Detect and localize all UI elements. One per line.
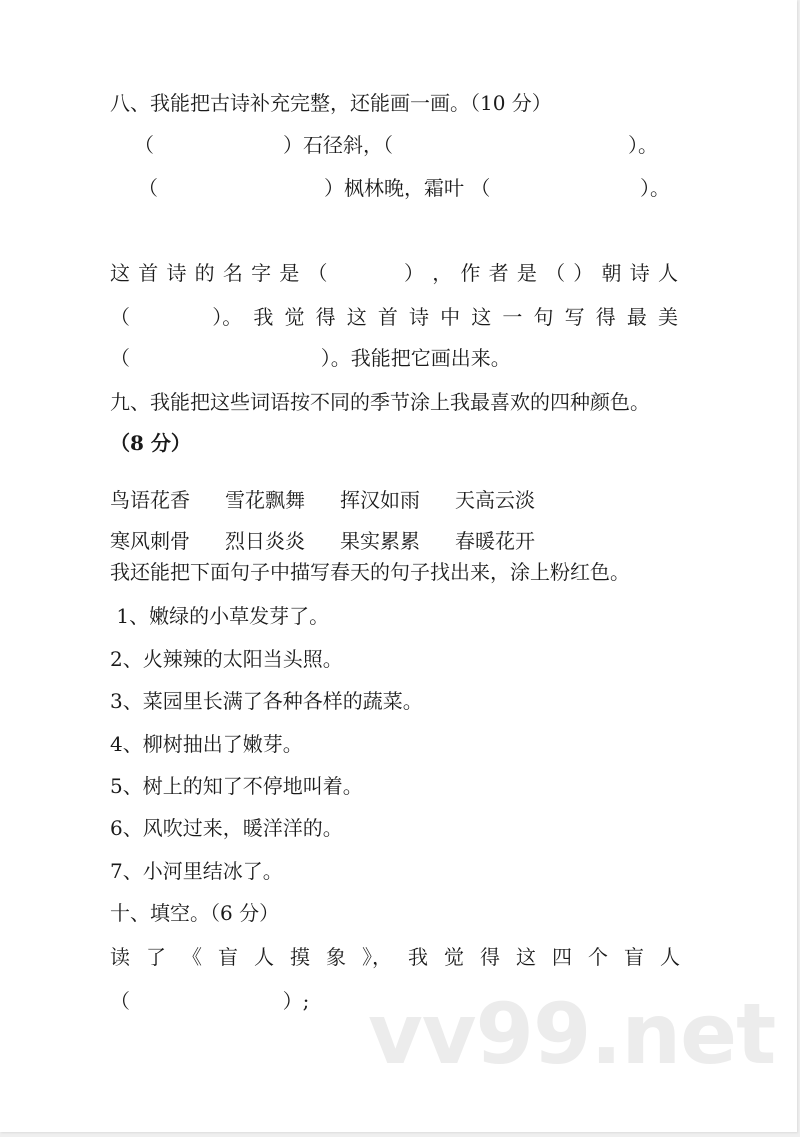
char: 个 [588, 945, 608, 969]
word: 雪花飘舞 [225, 488, 305, 512]
char: 者 [489, 261, 509, 285]
char: 得 [480, 945, 500, 969]
char: （ [110, 305, 130, 329]
sentence-item: 3、菜园里长满了各种各样的蔬菜。 [110, 689, 423, 713]
char: 象 [326, 945, 346, 969]
char: 句 [534, 305, 554, 329]
char: 盲 [624, 945, 644, 969]
char: 人 [658, 261, 678, 285]
char: 朝 [602, 261, 622, 285]
char: 觉 [444, 945, 464, 969]
char: 摸 [290, 945, 310, 969]
sentence-item: 6、风吹过来，暖洋洋的。 [110, 816, 343, 840]
char: 读 [110, 945, 130, 969]
word: 果实累累 [340, 529, 420, 553]
word: 烈日炎炎 [225, 529, 305, 553]
char: 字 [251, 261, 271, 285]
worksheet-page: 八、我能把古诗补充完整，还能画一画。（10 分） （ ）石径斜，（ ）。 （ ）… [0, 0, 797, 1132]
poem-text: ）石径斜，（ [283, 133, 393, 157]
char: （ [545, 261, 565, 285]
char: ）。 [212, 305, 242, 329]
char: 的 [195, 261, 215, 285]
word: 春暖花开 [455, 529, 535, 553]
char: 写 [565, 305, 585, 329]
poem-text: ）枫林晚，霜叶 （ [324, 176, 490, 200]
char: ） [573, 261, 593, 285]
blank [336, 261, 396, 285]
char: 诗 [630, 261, 650, 285]
blank-close: ）。 [628, 133, 658, 157]
char: 这 [110, 261, 130, 285]
poem-question-line-2: （ ）。 我 觉 得 这 首 诗 中 这 一 句 写 得 最 美 [110, 305, 678, 329]
section-10-line-1: 读 了 《 盲 人 摸 象 》， 我 觉 得 这 四 个 盲 人 [110, 945, 680, 969]
char: 是 [279, 261, 299, 285]
char: 得 [596, 305, 616, 329]
char: 我 [408, 945, 428, 969]
char: 得 [316, 305, 336, 329]
char: 觉 [285, 305, 305, 329]
char: 作 [460, 261, 480, 285]
char: 人 [660, 945, 680, 969]
word: 鸟语花香 [110, 488, 190, 512]
char: 我 [253, 305, 273, 329]
char: （ [308, 261, 328, 285]
section-10-title: 十、填空。（6 分） [110, 901, 279, 925]
section-9-title: 九、我能把这些词语按不同的季节涂上我最喜欢的四种颜色。 [110, 390, 650, 414]
blank-close: ）。 [640, 176, 670, 200]
char: 了 [146, 945, 166, 969]
char: 美 [658, 305, 678, 329]
sentence-item: 7、小河里结冰了。 [110, 859, 283, 883]
char: 是 [517, 261, 537, 285]
section-9-instruction: 我还能把下面句子中描写春天的句子找出来，涂上粉红色。 [110, 560, 630, 584]
char: 这 [471, 305, 491, 329]
poem-question-line-1: 这 首 诗 的 名 字 是 （ ） ， 作 者 是 （ ） 朝 诗 人 [110, 261, 678, 285]
poem-question-line-3: （ ）。我能把它画出来。 [110, 346, 511, 370]
char: 《 [182, 945, 202, 969]
watermark: vv99.net [368, 992, 775, 1076]
sentence-item: 5、树上的知了不停地叫着。 [110, 774, 363, 798]
char: 首 [138, 261, 158, 285]
sentence-item: 4、柳树抽出了嫩芽。 [110, 732, 303, 756]
char: 首 [378, 305, 398, 329]
char: 中 [440, 305, 460, 329]
section-10-line-2: （ ）; [110, 989, 309, 1013]
blank-open: （ [138, 176, 158, 200]
section-9-score: （8 分） [110, 431, 191, 455]
word: 寒风刺骨 [110, 529, 190, 553]
blank-open: （ [134, 133, 154, 157]
word: 天高云淡 [455, 488, 535, 512]
char: 诗 [166, 261, 186, 285]
blank [141, 305, 201, 329]
char: 一 [502, 305, 522, 329]
char: 人 [254, 945, 274, 969]
char: 名 [223, 261, 243, 285]
char: 盲 [218, 945, 238, 969]
word: 挥汉如雨 [340, 488, 420, 512]
sentence-item: 2、火辣辣的太阳当头照。 [110, 647, 343, 671]
section-8-title: 八、我能把古诗补充完整，还能画一画。（10 分） [110, 91, 552, 115]
char: 》， [362, 945, 392, 969]
char: 诗 [409, 305, 429, 329]
sentence-item: 1、嫩绿的小草发芽了。 [110, 604, 329, 628]
char: 最 [627, 305, 647, 329]
char: ） [404, 261, 424, 285]
char: 四 [552, 945, 572, 969]
char: 这 [347, 305, 367, 329]
char: 这 [516, 945, 536, 969]
char: ， [432, 261, 452, 285]
